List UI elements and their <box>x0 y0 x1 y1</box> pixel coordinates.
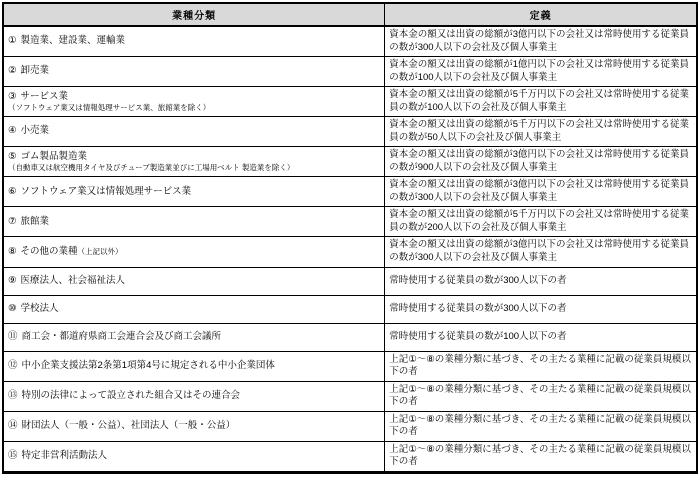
definition-cell: 上記①～⑧の業種分類に基づき、その主たる業種に記載の従業員規模以下の者 <box>385 441 697 472</box>
row-number: ⑮ <box>8 450 18 461</box>
definition-cell: 資本金の額又は出資の総額が3億円以下の会社又は常時使用する従業員の数が300人以… <box>385 177 697 207</box>
definition-cell: 資本金の額又は出資の総額が5千万円以下の会社又は常時使用する従業員の数が50人以… <box>385 117 697 147</box>
category-label: 製造業、建設業、運輸業 <box>21 35 126 46</box>
category-label: 特別の法律によって設立された組合又はその連合会 <box>22 390 241 401</box>
category-cell: ⑪商工会・都道府県商工会連合会及び商工会議所 <box>3 323 385 351</box>
category-cell: ⑥ソフトウェア業又は情報処理サービス業 <box>3 177 385 207</box>
row-number: ③ <box>8 91 17 102</box>
category-label: 医療法人、社会福祉法人 <box>21 275 126 286</box>
category-line: ⑩学校法人 <box>8 303 380 316</box>
category-line: ③サービス業 <box>8 91 380 104</box>
row-number: ⑭ <box>8 420 18 431</box>
category-cell: ⑤ゴム製品製造業 （自動車又は航空機用タイヤ及びチューブ製造業並びに工場用ベルト… <box>3 147 385 177</box>
header-row: 業種分類 定義 <box>3 3 697 26</box>
column-header-definition: 定義 <box>385 3 697 26</box>
row-number: ④ <box>8 125 17 136</box>
category-line: ⑦旅館業 <box>8 216 380 229</box>
definition-cell: 資本金の額又は出資の総額が3億円以下の会社又は常時使用する従業員の数が900人以… <box>385 147 697 177</box>
row-number: ② <box>8 65 17 76</box>
category-cell: ③サービス業 （ソフトウェア業又は情報処理サービス業、旅館業を除く） <box>3 87 385 117</box>
category-line: ④小売業 <box>8 125 380 138</box>
definition-cell: 資本金の額又は出資の総額が3億円以下の会社又は常時使用する従業員の数が300人以… <box>385 26 697 57</box>
category-label: 卸売業 <box>21 65 50 76</box>
category-line: ①製造業、建設業、運輸業 <box>8 35 380 48</box>
category-cell: ①製造業、建設業、運輸業 <box>3 26 385 57</box>
table-row: ⑧その他の業種（上記以外） 資本金の額又は出資の総額が3億円以下の会社又は常時使… <box>3 237 697 267</box>
category-line: ⑪商工会・都道府県商工会連合会及び商工会議所 <box>8 331 380 344</box>
category-line: ⑨医療法人、社会福祉法人 <box>8 275 380 288</box>
category-cell: ⑮特定非営利活動法人 <box>3 441 385 472</box>
definition-cell: 常時使用する従業員の数が300人以下の者 <box>385 295 697 323</box>
row-number: ⑤ <box>8 151 17 162</box>
category-cell: ⑨医療法人、社会福祉法人 <box>3 267 385 295</box>
category-cell: ②卸売業 <box>3 57 385 87</box>
definition-cell: 常時使用する従業員の数が300人以下の者 <box>385 267 697 295</box>
row-number: ⑬ <box>8 390 18 401</box>
category-cell: ⑦旅館業 <box>3 207 385 237</box>
definition-cell: 資本金の額又は出資の総額が3億円以下の会社又は常時使用する従業員の数が300人以… <box>385 237 697 267</box>
category-cell: ⑫中小企業支援法第2条第1項第4号に規定される中小企業団体 <box>3 351 385 381</box>
category-note: （自動車又は航空機用タイヤ及びチューブ製造業並びに工場用ベルト 製造業を除く） <box>8 163 380 172</box>
definition-cell: 資本金の額又は出資の総額が5千万円以下の会社又は常時使用する従業員の数が100人… <box>385 87 697 117</box>
category-cell: ⑭財団法人（一般・公益）、社団法人（一般・公益） <box>3 411 385 441</box>
table-row: ⑤ゴム製品製造業 （自動車又は航空機用タイヤ及びチューブ製造業並びに工場用ベルト… <box>3 147 697 177</box>
definition-cell: 上記①～⑧の業種分類に基づき、その主たる業種に記載の従業員規模以下の者 <box>385 381 697 411</box>
table-row: ⑬特別の法律によって設立された組合又はその連合会 上記①～⑧の業種分類に基づき、… <box>3 381 697 411</box>
definition-cell: 上記①～⑧の業種分類に基づき、その主たる業種に記載の従業員規模以下の者 <box>385 411 697 441</box>
category-line: ②卸売業 <box>8 65 380 78</box>
category-label: 商工会・都道府県商工会連合会及び商工会議所 <box>22 331 222 342</box>
row-number: ⑪ <box>8 331 18 342</box>
table-row: ⑭財団法人（一般・公益）、社団法人（一般・公益） 上記①～⑧の業種分類に基づき、… <box>3 411 697 441</box>
industry-classification-table: 業種分類 定義 ①製造業、建設業、運輸業 資本金の額又は出資の総額が3億円以下の… <box>2 2 698 474</box>
row-number: ⑥ <box>8 186 17 197</box>
row-number: ⑧ <box>8 246 17 257</box>
definition-cell: 資本金の額又は出資の総額が5千万円以下の会社又は常時使用する従業員の数が200人… <box>385 207 697 237</box>
table-row: ⑥ソフトウェア業又は情報処理サービス業 資本金の額又は出資の総額が3億円以下の会… <box>3 177 697 207</box>
table-row: ⑦旅館業 資本金の額又は出資の総額が5千万円以下の会社又は常時使用する従業員の数… <box>3 207 697 237</box>
table-row: ⑨医療法人、社会福祉法人 常時使用する従業員の数が300人以下の者 <box>3 267 697 295</box>
category-label: 旅館業 <box>21 216 50 227</box>
document-page: 業種分類 定義 ①製造業、建設業、運輸業 資本金の額又は出資の総額が3億円以下の… <box>0 0 700 481</box>
definition-cell: 資本金の額又は出資の総額が1億円以下の会社又は常時使用する従業員の数が100人以… <box>385 57 697 87</box>
category-line: ⑫中小企業支援法第2条第1項第4号に規定される中小企業団体 <box>8 360 380 373</box>
category-line: ⑥ソフトウェア業又は情報処理サービス業 <box>8 186 380 199</box>
category-inline-note: （上記以外） <box>78 247 123 256</box>
definition-cell: 常時使用する従業員の数が100人以下の者 <box>385 323 697 351</box>
category-line: ⑧その他の業種（上記以外） <box>8 246 380 259</box>
category-label: 小売業 <box>21 125 50 136</box>
table-row: ⑪商工会・都道府県商工会連合会及び商工会議所 常時使用する従業員の数が100人以… <box>3 323 697 351</box>
category-cell: ④小売業 <box>3 117 385 147</box>
category-cell: ⑩学校法人 <box>3 295 385 323</box>
table-row: ⑫中小企業支援法第2条第1項第4号に規定される中小企業団体 上記①～⑧の業種分類… <box>3 351 697 381</box>
row-number: ⑦ <box>8 216 17 227</box>
category-label: 学校法人 <box>21 303 59 314</box>
category-note: （ソフトウェア業又は情報処理サービス業、旅館業を除く） <box>8 103 380 112</box>
category-cell: ⑧その他の業種（上記以外） <box>3 237 385 267</box>
category-line: ⑮特定非営利活動法人 <box>8 450 380 463</box>
category-line: ⑭財団法人（一般・公益）、社団法人（一般・公益） <box>8 420 380 433</box>
table-row: ④小売業 資本金の額又は出資の総額が5千万円以下の会社又は常時使用する従業員の数… <box>3 117 697 147</box>
definition-cell: 上記①～⑧の業種分類に基づき、その主たる業種に記載の従業員規模以下の者 <box>385 351 697 381</box>
category-line: ⑤ゴム製品製造業 <box>8 151 380 164</box>
category-label: ゴム製品製造業 <box>21 151 88 162</box>
table-row: ①製造業、建設業、運輸業 資本金の額又は出資の総額が3億円以下の会社又は常時使用… <box>3 26 697 57</box>
category-label: 中小企業支援法第2条第1項第4号に規定される中小企業団体 <box>22 360 275 371</box>
category-label: サービス業 <box>21 91 69 102</box>
row-number: ① <box>8 35 17 46</box>
table-row: ⑮特定非営利活動法人 上記①～⑧の業種分類に基づき、その主たる業種に記載の従業員… <box>3 441 697 472</box>
table-row: ②卸売業 資本金の額又は出資の総額が1億円以下の会社又は常時使用する従業員の数が… <box>3 57 697 87</box>
row-number: ⑩ <box>8 303 17 314</box>
category-label: ソフトウェア業又は情報処理サービス業 <box>21 186 192 197</box>
table-row: ⑩学校法人 常時使用する従業員の数が300人以下の者 <box>3 295 697 323</box>
category-label: 財団法人（一般・公益）、社団法人（一般・公益） <box>22 420 236 431</box>
row-number: ⑫ <box>8 360 18 371</box>
category-cell: ⑬特別の法律によって設立された組合又はその連合会 <box>3 381 385 411</box>
table-body: ①製造業、建設業、運輸業 資本金の額又は出資の総額が3億円以下の会社又は常時使用… <box>3 26 697 472</box>
category-label: その他の業種 <box>21 246 78 257</box>
category-line: ⑬特別の法律によって設立された組合又はその連合会 <box>8 390 380 403</box>
category-label: 特定非営利活動法人 <box>22 450 108 461</box>
column-header-category: 業種分類 <box>3 3 385 26</box>
table-row: ③サービス業 （ソフトウェア業又は情報処理サービス業、旅館業を除く） 資本金の額… <box>3 87 697 117</box>
row-number: ⑨ <box>8 275 17 286</box>
